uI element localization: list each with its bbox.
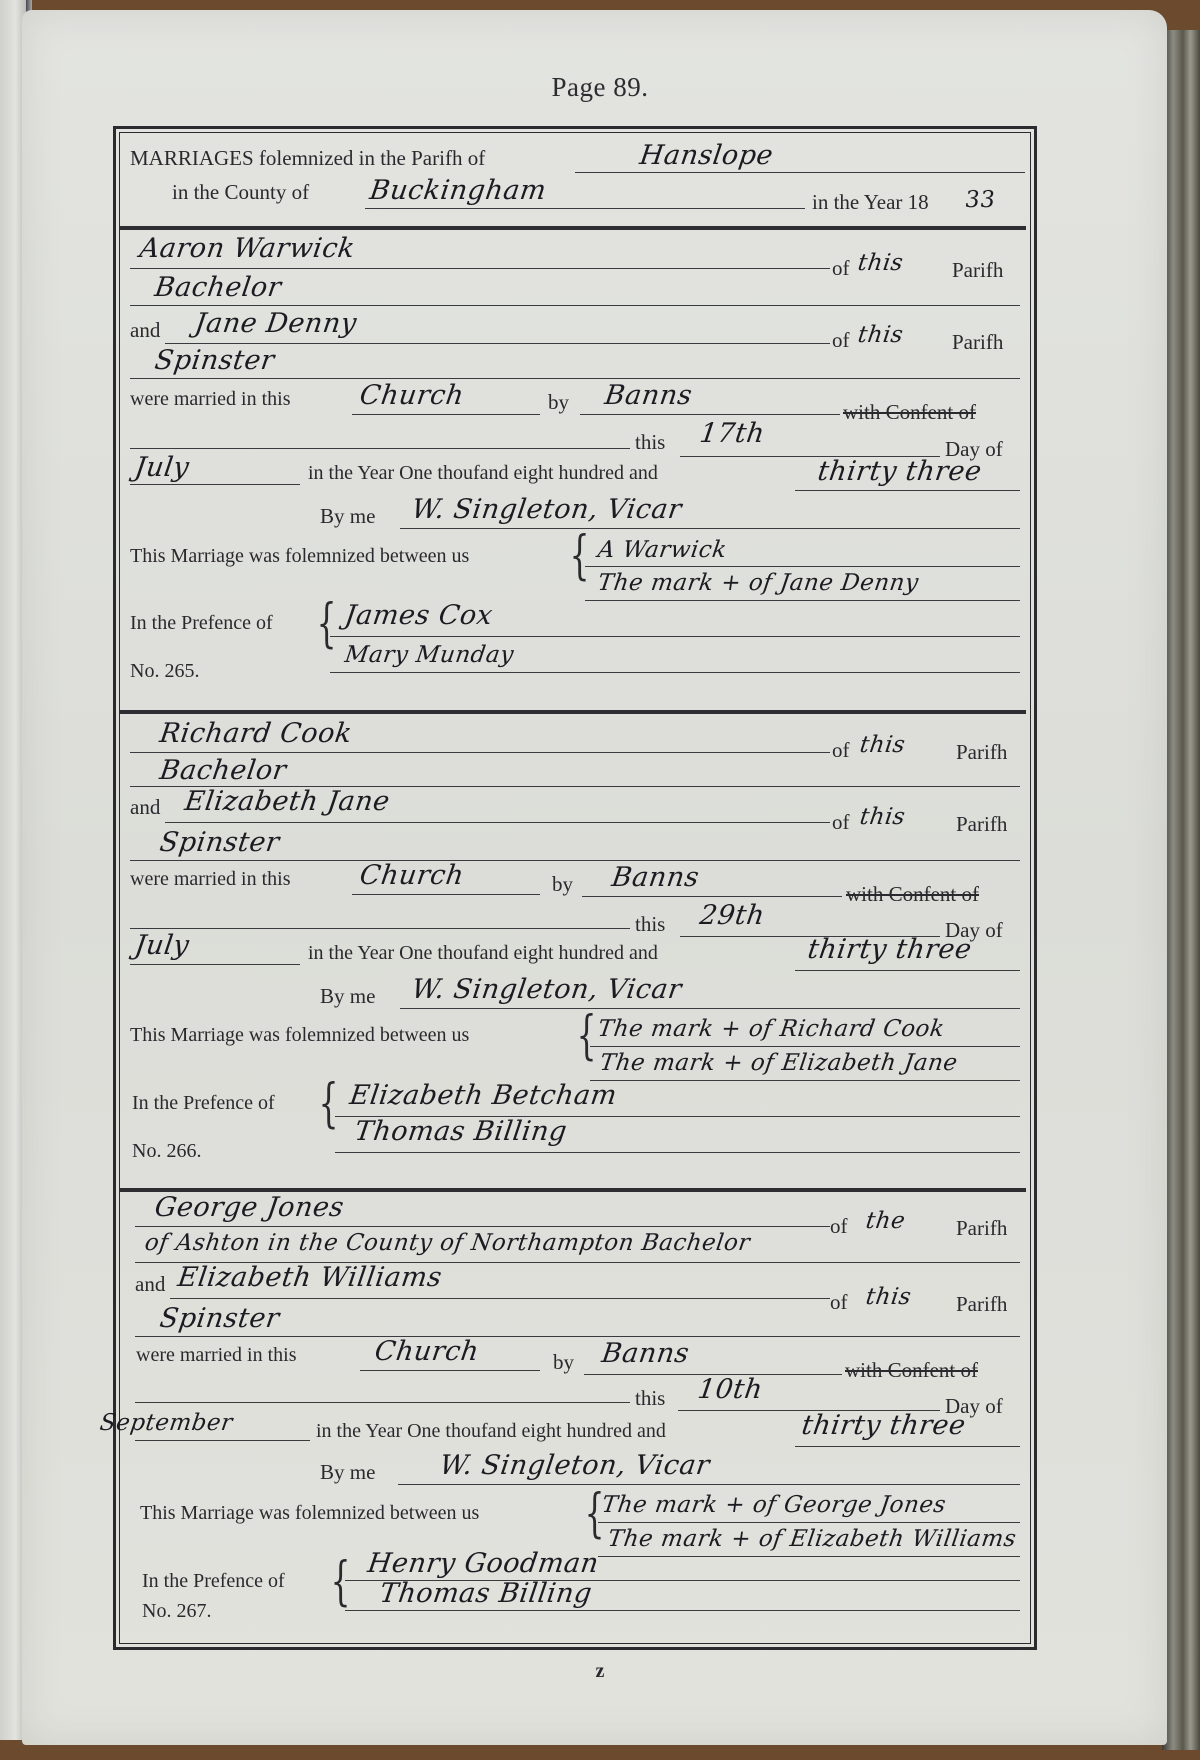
parish-label: Parifh bbox=[956, 1216, 1007, 1241]
bride-status: Spinster bbox=[158, 1303, 282, 1334]
witness-rule bbox=[345, 1610, 1020, 1611]
marriage-day: 29th bbox=[698, 900, 767, 931]
bride-parish: this bbox=[864, 1284, 913, 1310]
bride-status-rule bbox=[130, 378, 1020, 379]
year-prefix: in the Year 18 bbox=[812, 190, 929, 215]
marriage-method: Banns bbox=[610, 862, 701, 893]
brace: { bbox=[317, 598, 337, 650]
by-label: by bbox=[548, 390, 569, 415]
bride-status: Spinster bbox=[158, 827, 282, 858]
were-married-label: were married in this bbox=[130, 868, 291, 891]
county-name: Buckingham bbox=[368, 175, 548, 206]
marriage-method: Banns bbox=[600, 1338, 691, 1369]
bride-parish: this bbox=[858, 804, 907, 830]
place-rule bbox=[360, 1370, 540, 1371]
witness-1: Elizabeth Betcham bbox=[348, 1080, 619, 1111]
parish-label: Parifh bbox=[952, 330, 1003, 355]
officiant: W. Singleton, Vicar bbox=[410, 494, 684, 525]
parish-label: Parifh bbox=[952, 258, 1003, 283]
officiant-rule bbox=[400, 1008, 1020, 1009]
bride-name: Jane Denny bbox=[193, 308, 359, 339]
witness-2: Mary Munday bbox=[343, 642, 515, 668]
consent-rule bbox=[130, 448, 630, 449]
witness-rule bbox=[330, 672, 1020, 673]
signature-rule bbox=[598, 1556, 1020, 1557]
entry-number: No. 267. bbox=[142, 1600, 211, 1623]
bride-status-rule bbox=[130, 860, 1020, 861]
bride-status: Spinster bbox=[153, 345, 277, 376]
in-the-year-label: in the Year One thoufand eight hundred a… bbox=[308, 462, 658, 485]
marriage-day: 10th bbox=[696, 1374, 765, 1405]
signature-1: The mark + of Richard Cook bbox=[596, 1016, 946, 1042]
marriage-place: Church bbox=[358, 860, 466, 891]
in-the-year-label: in the Year One thoufand eight hundred a… bbox=[308, 942, 658, 965]
this-label: this bbox=[635, 430, 665, 455]
brace: { bbox=[331, 1556, 351, 1608]
year-words-rule bbox=[795, 1446, 1020, 1447]
page-stack-edge bbox=[1162, 30, 1200, 1750]
marriage-month: September bbox=[98, 1410, 234, 1436]
page-number: Page 89. bbox=[0, 72, 1200, 103]
parish-label: Parifh bbox=[956, 812, 1007, 837]
of-label: of bbox=[832, 810, 850, 835]
and-label: and bbox=[130, 795, 160, 820]
signature-rule bbox=[585, 566, 1020, 567]
groom-parish: this bbox=[856, 250, 905, 276]
year-words-rule bbox=[795, 490, 1020, 491]
presence-label: In the Prefence of bbox=[132, 1092, 275, 1115]
signature-rule bbox=[590, 1080, 1020, 1081]
section-divider bbox=[120, 226, 1026, 230]
with-consent-label: with Confent of bbox=[846, 882, 979, 907]
parish-rule bbox=[575, 172, 1025, 173]
in-the-year-label: in the Year One thoufand eight hundred a… bbox=[316, 1420, 666, 1443]
this-label: this bbox=[635, 1386, 665, 1411]
signature-rule bbox=[585, 600, 1020, 601]
year-words: thirty three bbox=[816, 456, 984, 487]
place-rule bbox=[352, 894, 540, 895]
of-label: of bbox=[832, 256, 850, 281]
header-line2: in the County of bbox=[172, 180, 309, 205]
brace: { bbox=[319, 1078, 339, 1130]
month-rule bbox=[135, 1440, 310, 1441]
entry-number: No. 265. bbox=[130, 660, 199, 683]
signature-2: The mark + of Elizabeth Jane bbox=[598, 1050, 959, 1076]
this-label: this bbox=[635, 912, 665, 937]
month-rule bbox=[130, 964, 300, 965]
by-label: by bbox=[552, 872, 573, 897]
were-married-label: were married in this bbox=[136, 1344, 297, 1367]
groom-name: George Jones bbox=[153, 1192, 346, 1223]
header-line1: MARRIAGES folemnized in the Parifh of bbox=[130, 146, 485, 171]
witness-rule bbox=[330, 636, 1020, 637]
brace: { bbox=[570, 530, 590, 582]
solemnized-label: This Marriage was folemnized between us bbox=[130, 545, 469, 568]
groom-rule bbox=[130, 752, 830, 753]
groom-rule bbox=[135, 1226, 830, 1227]
groom-status: Bachelor bbox=[153, 272, 284, 303]
presence-label: In the Prefence of bbox=[142, 1570, 285, 1593]
of-label: of bbox=[832, 738, 850, 763]
county-rule bbox=[365, 208, 805, 209]
officiant-rule bbox=[398, 1484, 1020, 1485]
groom-parish: this bbox=[858, 732, 907, 758]
groom-rule bbox=[130, 268, 830, 269]
bride-rule bbox=[165, 822, 830, 823]
signature-1: The mark + of George Jones bbox=[600, 1492, 948, 1518]
marriage-place: Church bbox=[373, 1336, 481, 1367]
entry-number: No. 266. bbox=[132, 1140, 201, 1163]
witness-1: Henry Goodman bbox=[366, 1548, 601, 1579]
method-rule bbox=[582, 896, 842, 897]
bride-status-rule bbox=[135, 1336, 1020, 1337]
consent-rule bbox=[130, 928, 630, 929]
signature-2: The mark + of Jane Denny bbox=[596, 570, 920, 596]
by-me-label: By me bbox=[320, 504, 375, 529]
printer-signature-mark: z bbox=[0, 1660, 1200, 1683]
bride-rule bbox=[165, 343, 830, 344]
signature-rule bbox=[590, 1046, 1020, 1047]
marriage-month: July bbox=[133, 930, 191, 961]
solemnized-label: This Marriage was folemnized between us bbox=[130, 1024, 469, 1047]
bride-parish: this bbox=[856, 322, 905, 348]
by-me-label: By me bbox=[320, 1460, 375, 1485]
bride-name: Elizabeth Jane bbox=[183, 786, 392, 817]
consent-rule bbox=[135, 1402, 630, 1403]
method-rule bbox=[580, 414, 840, 415]
groom-name: Richard Cook bbox=[158, 718, 354, 749]
officiant-rule bbox=[400, 528, 1020, 529]
groom-parish: the bbox=[864, 1208, 907, 1234]
of-label: of bbox=[830, 1290, 848, 1315]
with-consent-label: with Confent of bbox=[845, 1358, 978, 1383]
signature-2: The mark + of Elizabeth Williams bbox=[606, 1526, 1018, 1552]
bride-name: Elizabeth Williams bbox=[176, 1262, 444, 1293]
by-me-label: By me bbox=[320, 984, 375, 1009]
year-words: thirty three bbox=[800, 1410, 968, 1441]
parish-label: Parifh bbox=[956, 740, 1007, 765]
of-label: of bbox=[832, 328, 850, 353]
witness-rule bbox=[335, 1152, 1020, 1153]
officiant: W. Singleton, Vicar bbox=[438, 1450, 712, 1481]
month-rule bbox=[130, 484, 300, 485]
parish-name: Hanslope bbox=[638, 140, 775, 171]
presence-label: In the Prefence of bbox=[130, 612, 273, 635]
of-label: of bbox=[830, 1214, 848, 1239]
marriage-day: 17th bbox=[698, 418, 767, 449]
parish-label: Parifh bbox=[956, 1292, 1007, 1317]
solemnized-label: This Marriage was folemnized between us bbox=[140, 1502, 479, 1525]
bride-rule bbox=[170, 1298, 830, 1299]
signature-rule bbox=[598, 1522, 1020, 1523]
groom-status: of Ashton in the County of Northampton B… bbox=[143, 1230, 752, 1256]
were-married-label: were married in this bbox=[130, 388, 291, 411]
marriage-method: Banns bbox=[603, 380, 694, 411]
marriage-month: July bbox=[133, 452, 191, 483]
with-consent-label: with Confent of bbox=[843, 400, 976, 425]
and-label: and bbox=[135, 1272, 165, 1297]
by-label: by bbox=[553, 1350, 574, 1375]
witness-2: Thomas Billing bbox=[353, 1116, 569, 1147]
place-rule bbox=[352, 414, 540, 415]
year-suffix: 33 bbox=[963, 187, 997, 213]
groom-status: Bachelor bbox=[158, 755, 289, 786]
brace: { bbox=[577, 1010, 597, 1062]
and-label: and bbox=[130, 318, 160, 343]
signature-1: A Warwick bbox=[596, 537, 728, 563]
witness-2: Thomas Billing bbox=[378, 1578, 594, 1609]
year-words: thirty three bbox=[806, 934, 974, 965]
section-divider bbox=[120, 710, 1026, 714]
groom-status-rule bbox=[130, 305, 1020, 306]
marriage-place: Church bbox=[358, 380, 466, 411]
witness-1: James Cox bbox=[343, 600, 495, 631]
year-words-rule bbox=[795, 970, 1020, 971]
groom-name: Aaron Warwick bbox=[138, 233, 357, 264]
officiant: W. Singleton, Vicar bbox=[410, 974, 684, 1005]
